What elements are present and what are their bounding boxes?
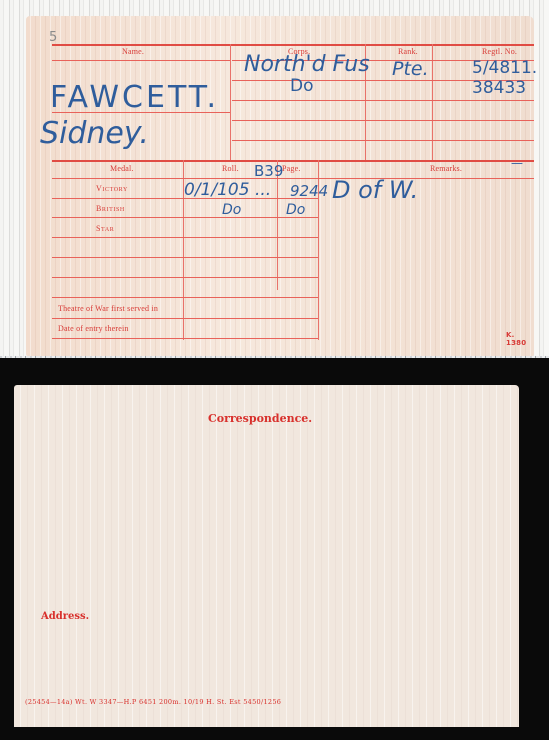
pencil-mark: 5 [49, 30, 57, 45]
rule [52, 338, 318, 339]
rule [52, 178, 534, 179]
medal-section-rule [52, 160, 534, 162]
remarks-header: Remarks. [430, 164, 462, 173]
victory-page: 9244 [290, 182, 328, 200]
regtl-no-entry-2: 38433 [472, 78, 526, 98]
pen-stroke: — [511, 156, 523, 170]
remarks-entry: D of W. [332, 176, 418, 204]
forename: Sidney. [40, 116, 149, 151]
rule [232, 140, 534, 141]
rule [52, 237, 318, 238]
rule [52, 60, 230, 61]
printer-imprint: (25454—14a) Wt. W 3347—H.P 6451 200m. 10… [25, 698, 281, 706]
address-label: Address. [41, 611, 89, 622]
page-header: Page. [282, 164, 301, 173]
victory-roll: 0/1/105 ... [184, 180, 271, 200]
roll-prefix: B39 [254, 162, 283, 180]
medal-index-card-back: Correspondence. Address. (25454—14a) Wt.… [14, 385, 519, 727]
theatre-label: Theatre of War first served in [58, 304, 158, 313]
british-label: British [96, 204, 125, 213]
rule [52, 277, 318, 278]
corps-entry-2: Do [290, 76, 314, 96]
rule [232, 120, 534, 121]
roll-header: Roll. [222, 164, 239, 173]
form-number: K. 1380 [506, 331, 534, 347]
victory-label: Victory [96, 184, 128, 193]
name-header: Name. [122, 47, 144, 56]
rule [52, 318, 318, 319]
rule [232, 100, 534, 101]
rule [52, 297, 318, 298]
rank-header: Rank. [398, 47, 418, 56]
surname: FAWCETT. [50, 80, 219, 115]
british-roll: Do [222, 202, 241, 218]
british-page: Do [286, 202, 305, 218]
rule [52, 217, 318, 218]
star-label: Star [96, 224, 114, 233]
divider [230, 44, 231, 160]
medal-index-card-front: 5 Name. Corps. Rank. Regtl. No. FAWCETT.… [26, 16, 534, 356]
regtl-no-entry: 5/4811. [472, 58, 537, 78]
corps-entry: North'd Fus [244, 52, 370, 77]
divider [432, 44, 433, 160]
rank-entry: Pte. [392, 58, 429, 80]
rule [52, 257, 318, 258]
date-entry-label: Date of entry therein [58, 324, 129, 333]
correspondence-heading: Correspondence. [208, 412, 312, 425]
medal-header: Medal. [110, 164, 134, 173]
regtl-no-header: Regtl. No. [482, 47, 517, 56]
header-rule [52, 44, 534, 46]
